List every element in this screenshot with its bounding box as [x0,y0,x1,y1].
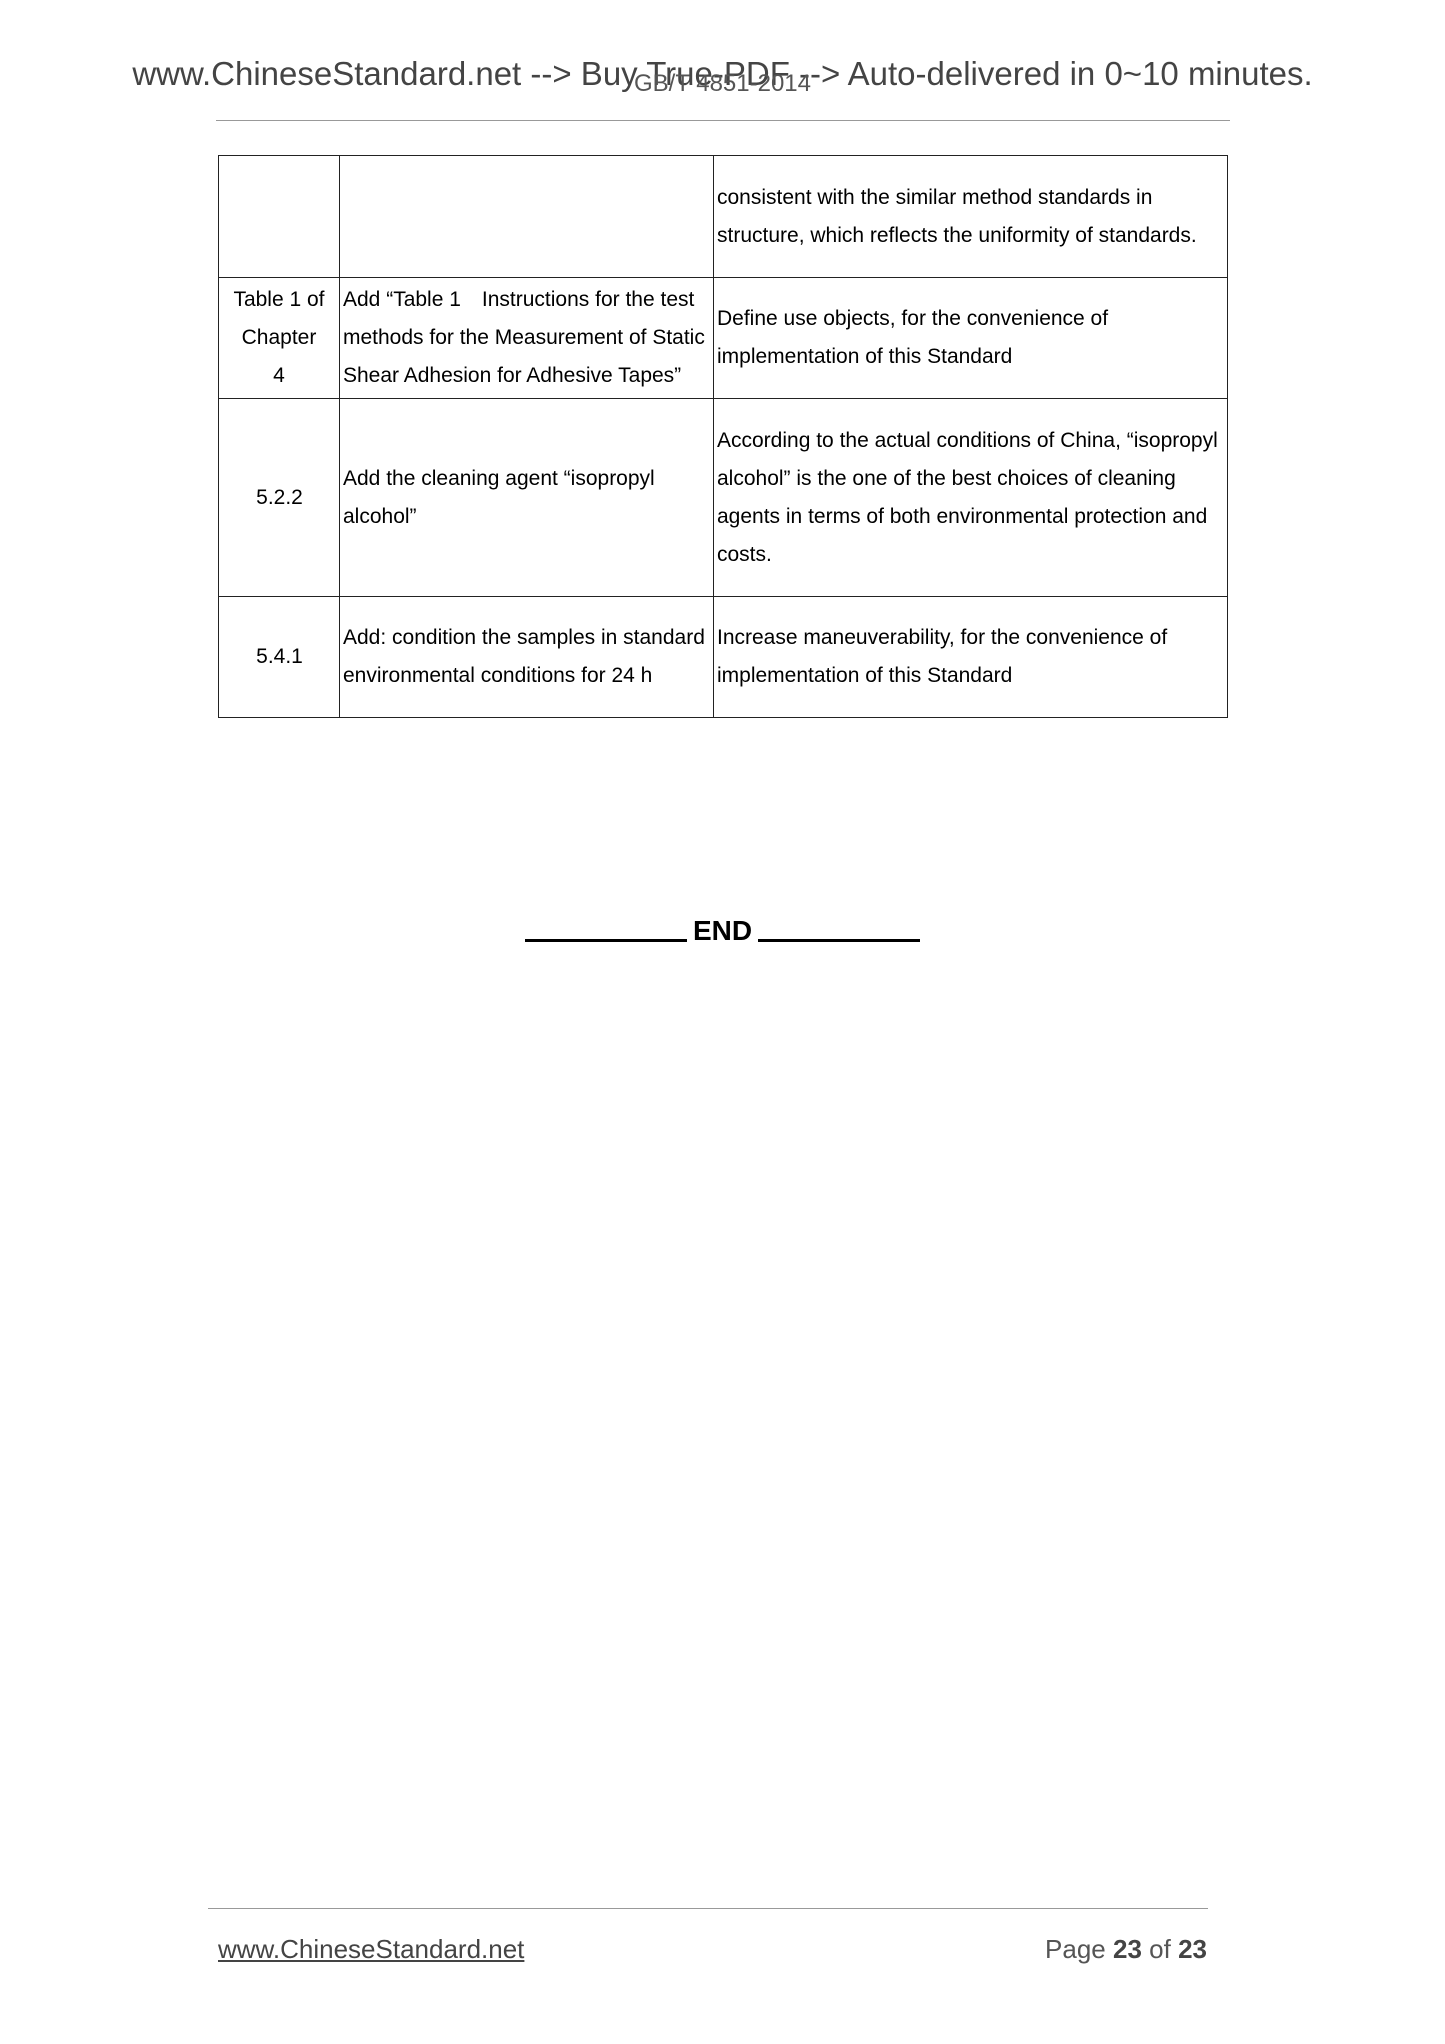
end-rule-left [525,939,687,942]
clause-cell: Table 1 of Chapter 4 [219,278,340,399]
clause-cell: 5.2.2 [219,399,340,597]
reason-cell: consistent with the similar method stand… [714,156,1228,278]
page-current: 23 [1113,1934,1142,1964]
clause-cell [219,156,340,278]
table-row: 5.4.1 Add: condition the samples in stan… [219,597,1228,718]
footer-divider [208,1908,1208,1909]
footer-site-link[interactable]: www.ChineseStandard.net [218,1934,524,1965]
page-total: 23 [1178,1934,1207,1964]
clause-cell: 5.4.1 [219,597,340,718]
table-row: Table 1 of Chapter 4 Add “Table 1 Instru… [219,278,1228,399]
end-label: END [693,915,752,946]
page-indicator: Page 23 of 23 [1045,1934,1207,1965]
table-row: 5.2.2 Add the cleaning agent “isopropyl … [219,399,1228,597]
document-code: GB/T 4851-2014 [0,70,1445,98]
table-row: consistent with the similar method stand… [219,156,1228,278]
header-divider [216,120,1230,121]
change-cell [340,156,714,278]
change-cell: Add: condition the samples in standard e… [340,597,714,718]
change-cell: Add the cleaning agent “isopropyl alcoho… [340,399,714,597]
change-cell: Add “Table 1 Instructions for the test m… [340,278,714,399]
page-of: of [1149,1934,1171,1964]
changes-table: consistent with the similar method stand… [218,155,1228,718]
end-rule-right [758,939,920,942]
page-prefix: Page [1045,1934,1106,1964]
reason-cell: Increase maneuverability, for the conven… [714,597,1228,718]
reason-cell: Define use objects, for the convenience … [714,278,1228,399]
reason-cell: According to the actual conditions of Ch… [714,399,1228,597]
end-marker: END [0,915,1445,947]
